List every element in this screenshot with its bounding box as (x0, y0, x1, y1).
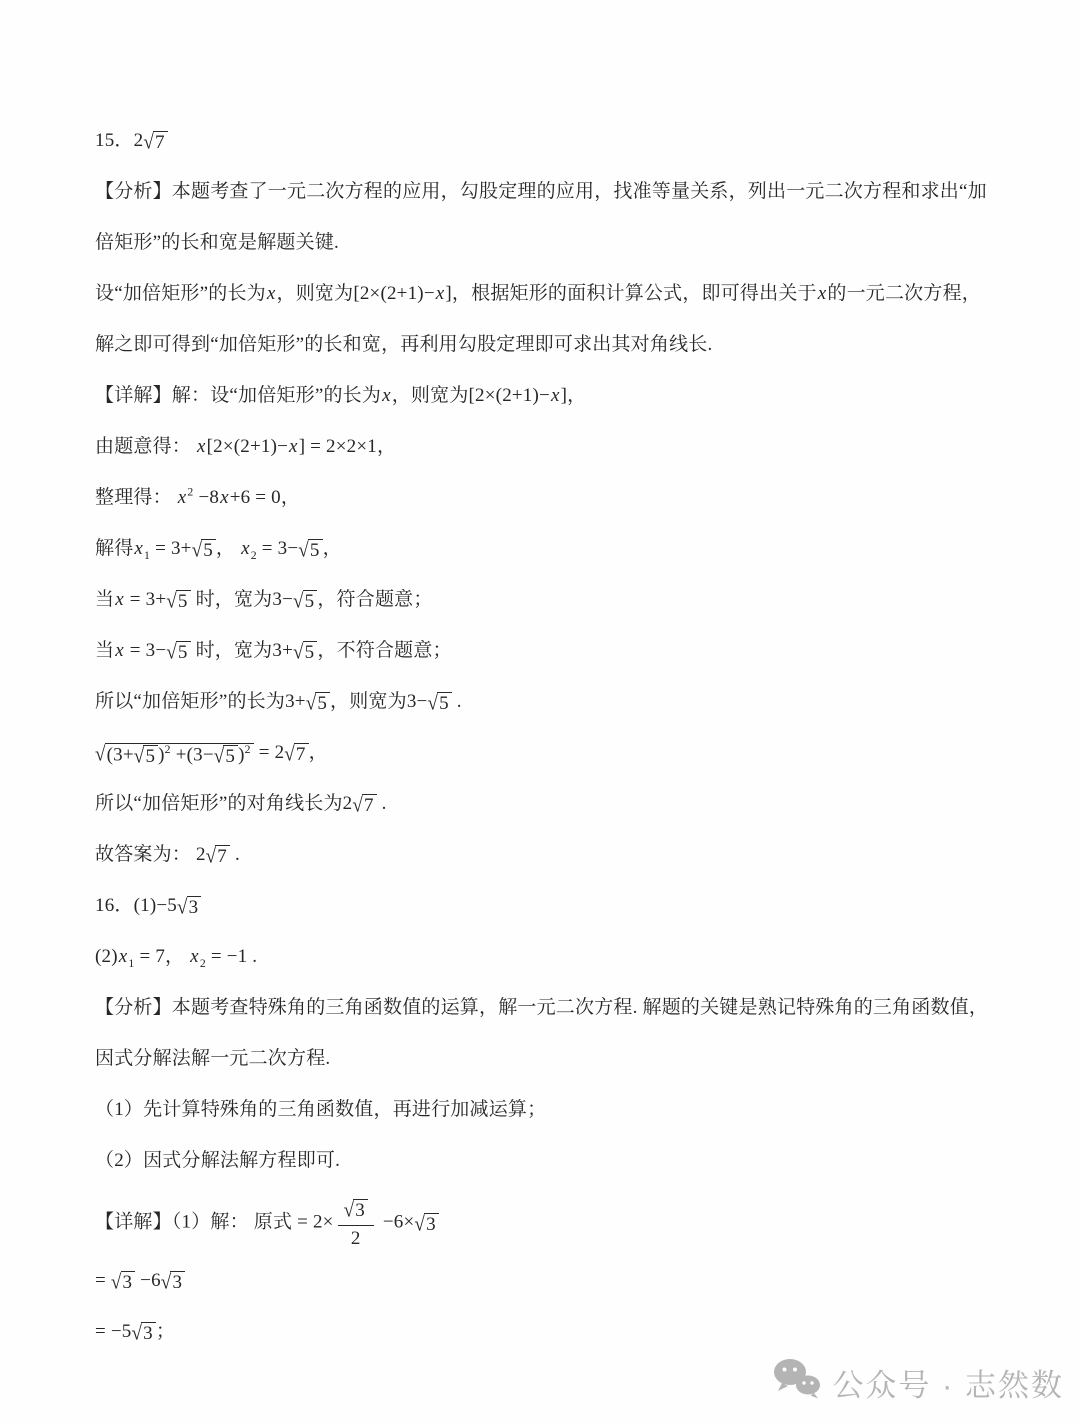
line-q15-case-1: 当x = 3+√5 时，宽为3−√5，符合题意； (95, 585, 992, 615)
line-q16-detail-1: 【详解】（1）解： 原式 = 2×√32 −6×√3 (95, 1197, 992, 1250)
line-q15-analysis-2: 倍矩形”的长和宽是解题关键. (95, 228, 992, 258)
line-q16-analysis-2: 因式分解法解一元二次方程. (95, 1044, 992, 1074)
line-q15-equation-simplified: 整理得： x2 −8x+6 = 0， (95, 483, 992, 513)
line-q15-final-answer: 故答案为： 2√7 . (95, 840, 992, 870)
line-q16-analysis-1: 【分析】本题考查特殊角的三角函数值的运算，解一元二次方程. 解题的关键是熟记特殊… (95, 993, 992, 1023)
line-q15-roots: 解得x1 = 3+√5， x2 = 3−√5， (95, 534, 992, 564)
solution-content: 15．2√7 【分析】本题考查了一元二次方程的应用，勾股定理的应用，找准等量关系… (95, 126, 992, 1368)
line-q15-detail-head: 【详解】解：设“加倍矩形”的长为x，则宽为[2×(2+1)−x]， (95, 381, 992, 411)
line-q16-step-1: （1）先计算特殊角的三角函数值，再进行加减运算； (95, 1095, 992, 1125)
line-q16-answer-1: 16．(1)−5√3 (95, 891, 992, 921)
line-q15-analysis-3: 设“加倍矩形”的长为x，则宽为[2×(2+1)−x]，根据矩形的面积计算公式，即… (95, 279, 992, 309)
line-q16-answer-2: (2)x1 = 7， x2 = −1 . (95, 942, 992, 972)
line-q15-analysis-1: 【分析】本题考查了一元二次方程的应用，勾股定理的应用，找准等量关系，列出一元二次… (95, 177, 992, 207)
watermark: 公众号 · 志然数 (772, 1357, 1064, 1407)
watermark-text: 公众号 · 志然数 (832, 1360, 1064, 1405)
document-page: 15．2√7 【分析】本题考查了一元二次方程的应用，勾股定理的应用，找准等量关系… (0, 0, 1080, 1425)
line-q15-case-2: 当x = 3−√5 时，宽为3+√5，不符合题意； (95, 636, 992, 666)
line-q15-diagonal-result: 所以“加倍矩形”的对角线长为2√7 . (95, 789, 992, 819)
line-q15-diagonal-calc: √(3+√5)2 +(3−√5)2 = 2√7， (95, 738, 992, 768)
line-q16-calc-2: = −5√3； (95, 1317, 992, 1347)
line-q15-equation-setup: 由题意得： x[2×(2+1)−x] = 2×2×1， (95, 432, 992, 462)
wechat-icon (772, 1357, 822, 1407)
line-q15-answer: 15．2√7 (95, 126, 992, 156)
line-q16-calc-1: = √3 −6√3 (95, 1266, 992, 1296)
line-q15-dimensions: 所以“加倍矩形”的长为3+√5，则宽为3−√5 . (95, 687, 992, 717)
line-q16-step-2: （2）因式分解法解方程即可. (95, 1146, 992, 1176)
line-q15-analysis-4: 解之即可得到“加倍矩形”的长和宽，再利用勾股定理即可求出其对角线长. (95, 330, 992, 360)
